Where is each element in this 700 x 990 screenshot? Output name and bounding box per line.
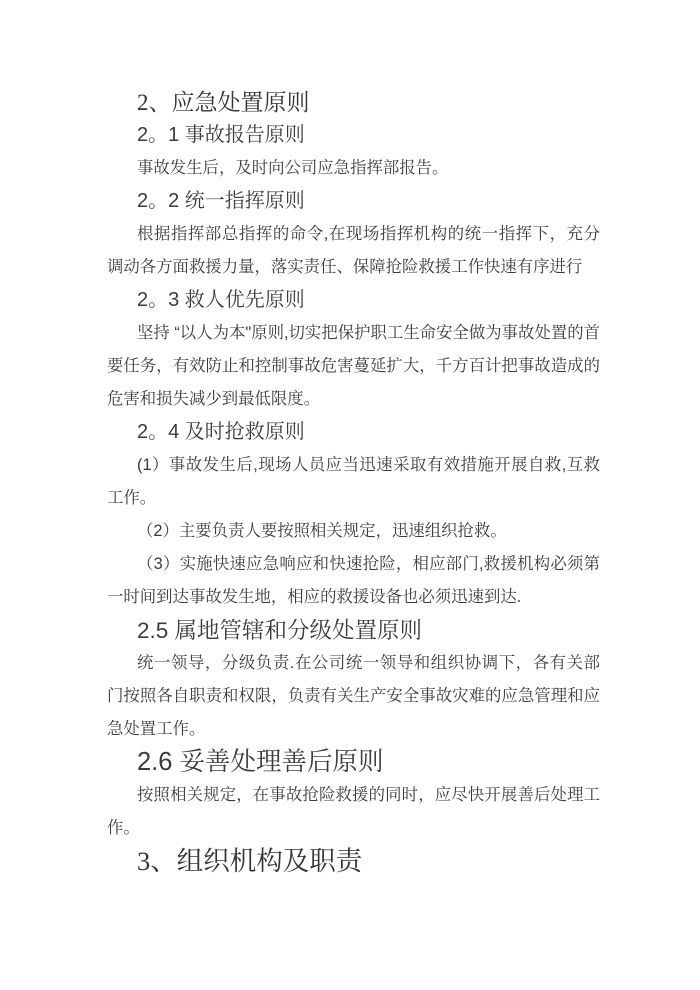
sub-heading-2-3: 2。3 救人优先原则 <box>107 284 600 317</box>
sub-heading-2-5: 2.5 属地管辖和分级处置原则 <box>107 614 600 647</box>
section-heading-2-title: 应急处置原则 <box>172 89 310 115</box>
sub-heading-2-2: 2。2 统一指挥原则 <box>107 185 600 218</box>
paragraph-people-first: 坚持 “以人为本"原则,切实把保护职工生命安全做为事故处置的首要任务，有效防止和… <box>107 317 600 416</box>
section-heading-3: 3、组织机构及职责 <box>107 845 600 878</box>
document-page: 2、应急处置原则 2。1 事故报告原则 事故发生后，及时向公司应急指挥部报告。 … <box>0 0 700 990</box>
section-heading-2-number: 2、 <box>137 90 172 115</box>
sub-heading-2-4: 2。4 及时抢救原则 <box>107 416 600 449</box>
section-heading-3-number: 3、 <box>137 846 177 876</box>
paragraph-report-principle: 事故发生后，及时向公司应急指挥部报告。 <box>107 152 600 185</box>
sub-heading-2-1: 2。1 事故报告原则 <box>107 119 600 152</box>
paragraph-aftermath-handling: 按照相关规定，在事故抢险救援的同时，应尽快开展善后处理工作。 <box>107 779 600 845</box>
sub-heading-2-6: 2.6 妥善处理善后原则 <box>107 746 600 779</box>
section-heading-2: 2、应急处置原则 <box>107 86 600 119</box>
paragraph-territorial-management: 统一领导，分级负责.在公司统一领导和组织协调下，各有关部门按照各自职责和权限，负… <box>107 647 600 746</box>
paragraph-rescue-item-3: （3）实施快速应急响应和快速抢险，相应部门,救援机构必须第一时间到达事故发生地，… <box>107 548 600 614</box>
paragraph-rescue-item-1: (1）事故发生后,现场人员应当迅速采取有效措施开展自救,互救工作。 <box>107 449 600 515</box>
paragraph-unified-command: 根据指挥部总指挥的命令,在现场指挥机构的统一指挥下，充分调动各方面救援力量，落实… <box>107 218 600 284</box>
paragraph-rescue-item-2: （2）主要负责人要按照相关规定，迅速组织抢救。 <box>107 515 600 548</box>
section-heading-3-title: 组织机构及职责 <box>177 846 363 876</box>
